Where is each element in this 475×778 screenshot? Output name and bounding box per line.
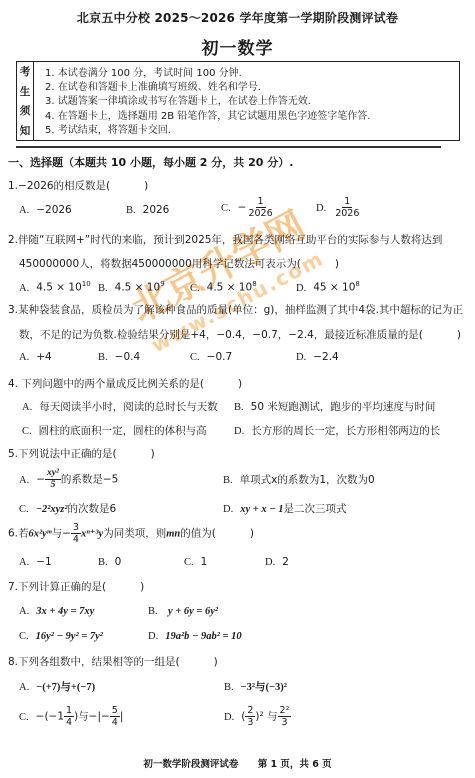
option-key: C. [221, 203, 231, 214]
question-7-stem: 7.下列计算正确的是() [8, 579, 144, 594]
option-key: D. [223, 504, 233, 515]
option-key: B. [98, 557, 108, 568]
question-number: 2. [8, 234, 18, 246]
exponent: 10 [82, 280, 91, 288]
subject-title: 初一数学 [0, 34, 475, 59]
question-2-option-a: A.4.5 × 1010 [19, 280, 91, 294]
question-number: 1. [8, 180, 18, 192]
option-text: −1 [36, 556, 51, 568]
numerator: 5 [110, 705, 120, 717]
question-3-stem-line2: 数，不足的记为负数.检验结果分别是+4，−0.4，−0.7，−2.4，最接近标准… [19, 327, 461, 342]
notice-label-char: 生 [20, 84, 31, 99]
question-8-option-b: B.−3²与(−3)² [224, 679, 287, 694]
math-expression: −3²与(−3)² [241, 682, 287, 693]
question-4-option-d: D.长方形的周长一定，长方形相邻两边的长 [234, 423, 440, 438]
question-text: −2026的相反数是( [18, 180, 110, 192]
divider [16, 146, 441, 148]
question-number: 5. [8, 448, 18, 460]
question-text: 为同类项，则 [103, 528, 166, 540]
option-text: 45 × 10 [313, 282, 355, 294]
notice-item: 5. 考试结束，将答题卡交回. [45, 124, 370, 138]
option-text: 0 [115, 556, 122, 568]
fraction: 54 [110, 705, 120, 728]
option-text: 单项式x的系数为1，次数为0 [240, 474, 375, 486]
option-text: 1 [201, 556, 208, 568]
exam-page: 北京五中分校 2025～2026 学年度第一学期阶段测评试卷 初一数学 考 生 … [0, 0, 475, 778]
footer-title: 初一数学阶段测评试卷 [143, 759, 238, 770]
question-5-option-c: C.−2²xyz²的次数是6 [19, 501, 116, 516]
option-key: A. [19, 475, 29, 486]
watermark: 北京升学网 www.schu.com [125, 190, 376, 399]
question-1-option-b: B.2026 [126, 204, 169, 216]
denominator: 5 [49, 480, 58, 491]
denominator: 4 [110, 717, 120, 728]
question-7-option-d: D.19a²b − 9ab² = 10 [148, 630, 242, 642]
question-5-option-d: D.xy + x − 1是二次三项式 [223, 501, 346, 516]
question-text: 下列计算正确的是( [18, 581, 106, 593]
exponent: 9 [160, 280, 164, 288]
question-4-option-b: B.50 米短跑测试，跑步的平均速度与时间 [234, 399, 435, 414]
question-number: 8. [8, 656, 18, 668]
option-key: D. [234, 426, 244, 437]
question-1-option-c: C.−12026 [221, 196, 275, 219]
exponent: 8 [355, 280, 359, 288]
notice-item: 2. 在试卷和答题卡上准确填写班级、姓名和学号. [45, 81, 370, 95]
fraction: 12026 [246, 196, 274, 219]
fraction: xy²5 [45, 468, 61, 491]
option-key: D. [148, 631, 158, 642]
option-text: 长方形的周长一定，长方形相邻两边的长 [251, 425, 440, 437]
option-key: C. [19, 504, 29, 515]
numerator: 2 [245, 705, 255, 717]
math-expression: | [120, 711, 124, 723]
math-expression: −(−1 [36, 711, 64, 723]
option-key: A. [19, 283, 29, 294]
question-7-option-c: C.16y² − 9y² = 7y² [19, 630, 103, 642]
question-6-option-a: A.−1 [19, 556, 52, 568]
notice-label-char: 须 [20, 103, 31, 118]
question-3-stem-line1: 3.某种袋装食品，质检员为了解该种食品的质量(单位：g)，抽样监测了其中4袋.其… [8, 302, 463, 317]
option-key: D. [265, 557, 275, 568]
question-3-option-b: B.−0.4 [98, 351, 140, 363]
question-7-option-b: B. y + 6y = 6y² [148, 605, 218, 617]
fraction: 23 [245, 705, 255, 728]
numerator: 1 [256, 196, 266, 208]
question-text: 450000000人，将数据450000000用科学记数法可表示为( [19, 258, 301, 270]
notice-item: 3. 试题答案一律填涂或书写在答题卡上，在试卷上作答无效. [45, 95, 370, 109]
question-8-option-c: C.−(−114)与−|−54| [19, 705, 123, 728]
math-expression: )² 与 [255, 711, 277, 723]
paren-close: ) [335, 258, 339, 270]
question-number: 7. [8, 581, 18, 593]
option-key: A. [19, 352, 29, 363]
question-number: 3. [8, 304, 18, 316]
question-4-option-a: A.每天阅读半小时，阅读的总时长与天数 [22, 399, 218, 414]
denominator: 3 [245, 717, 255, 728]
option-key: B. [224, 682, 234, 693]
minus-sign: − [238, 202, 247, 214]
option-key: C. [184, 557, 194, 568]
option-key: A. [19, 682, 29, 693]
option-key: B. [126, 205, 136, 216]
question-6-stem: 6.若6x²yᵐ与−34xⁿ⁺³y为同类项，则mn的值为() [8, 522, 254, 545]
option-text: 2026 [143, 204, 170, 216]
question-2-option-b: B.4.5 × 109 [98, 280, 165, 294]
question-8-option-a: A.−(+7)与+(−7) [19, 679, 95, 694]
option-key: C. [19, 631, 29, 642]
exam-title: 北京五中分校 2025～2026 学年度第一学期阶段测评试卷 [0, 9, 475, 26]
question-text: 下列问题中的两个量成反比例关系的是( [21, 378, 204, 390]
option-key: D. [296, 352, 306, 363]
question-3-option-a: A.+4 [19, 351, 52, 363]
page-number: 第 1 页，共 6 页 [258, 759, 332, 770]
math-expression: 3x + 4y = 7xy [36, 606, 94, 617]
option-key: B. [148, 606, 158, 617]
option-key: A. [19, 606, 29, 617]
option-key: C. [190, 283, 200, 294]
option-text: 的系数是−5 [61, 474, 118, 486]
option-key: D. [316, 203, 326, 214]
question-4-option-c: C.圆柱的底面积一定，圆柱的体积与高 [22, 423, 207, 438]
question-text: 与 [52, 528, 63, 540]
question-6-option-b: B.0 [98, 556, 121, 568]
denominator: 2026 [246, 208, 274, 219]
notice-list: 1. 本试卷满分 100 分，考试时间 100 分钟. 2. 在试卷和答题卡上准… [45, 67, 370, 138]
denominator: 2026 [333, 208, 361, 219]
question-1-stem: 1.−2026的相反数是() [8, 178, 148, 193]
option-key: B. [98, 283, 108, 294]
option-key: C. [190, 352, 200, 363]
question-number: 6. [8, 528, 18, 540]
minus-sign: − [36, 474, 45, 486]
option-key: B. [98, 352, 108, 363]
question-5-stem: 5.下列说法中正确的是() [8, 446, 155, 461]
math-expression: 6x²yᵐ [29, 529, 52, 540]
paren-close: ) [238, 378, 242, 390]
numerator: 1 [64, 705, 74, 717]
option-text: −0.7 [207, 351, 233, 363]
question-text: 下列各组数中，结果相等的一组是( [18, 656, 180, 668]
numerator: 3 [71, 522, 81, 534]
math-expression: xy + x − 1 [240, 504, 283, 515]
question-2-option-c: C.4.5 × 108 [190, 280, 257, 294]
option-key: C. [22, 426, 32, 437]
option-text: 4.5 × 10 [207, 282, 253, 294]
option-key: D. [224, 712, 234, 723]
paren-close: ) [140, 581, 144, 593]
math-expression: 19a²b − 9ab² = 10 [165, 631, 241, 642]
question-8-option-d: D.(23)² 与2²3 [224, 705, 291, 728]
question-1-option-d: D.12026 [316, 196, 361, 219]
option-text: 圆柱的底面积一定，圆柱的体积与高 [39, 425, 207, 437]
fraction: 14 [64, 705, 74, 728]
question-text: 数，不足的记为负数.检验结果分别是+4，−0.4，−0.7，−2.4，最接近标准… [19, 329, 423, 341]
question-number: 4. [8, 378, 18, 390]
question-3-option-c: C.−0.7 [190, 351, 232, 363]
option-key: A. [22, 402, 32, 413]
option-text: 的次数是6 [68, 503, 117, 515]
denominator: 3 [279, 717, 289, 728]
option-text: 50 米短跑测试，跑步的平均速度与时间 [251, 401, 436, 413]
section-heading: 一、选择题（本题共 10 小题，每小题 2 分，共 20 分）. [8, 154, 293, 170]
exam-notice-box: 考 生 须 知 1. 本试卷满分 100 分，考试时间 100 分钟. 2. 在… [16, 61, 460, 141]
notice-label-char: 考 [20, 64, 31, 79]
numerator: 2² [278, 705, 292, 717]
question-2-stem-line1: 2.伴随“互联网+”时代的来临，预计到2025年，我国各类网络互助平台的实际参与… [8, 232, 442, 247]
option-text: 4.5 × 10 [36, 282, 82, 294]
minus-sign: − [62, 528, 71, 540]
fraction: 34 [71, 522, 81, 545]
paren-close: ) [144, 180, 148, 192]
question-5-option-b: B.单项式x的系数为1，次数为0 [223, 472, 375, 487]
question-2-option-d: D.45 × 108 [296, 280, 360, 294]
question-text: 的值为( [180, 528, 216, 540]
option-text: −2.4 [313, 351, 339, 363]
option-key: C. [19, 712, 29, 723]
numerator: xy² [45, 468, 61, 480]
question-2-stem-line2: 450000000人，将数据450000000用科学记数法可表示为() [19, 256, 339, 271]
paren-close: ) [457, 329, 461, 341]
option-text: 每天阅读半小时，阅读的总时长与天数 [39, 401, 218, 413]
option-key: A. [19, 557, 29, 568]
denominator: 4 [71, 534, 81, 545]
notice-label: 考 生 须 知 [17, 62, 34, 140]
question-7-option-a: A.3x + 4y = 7xy [19, 605, 94, 617]
question-5-option-a: A.−xy²5的系数是−5 [19, 468, 118, 491]
question-text: 某种袋装食品，质检员为了解该种食品的质量(单位：g)，抽样监测了其中4袋.其中超… [18, 304, 463, 316]
paren-close: ) [151, 448, 155, 460]
question-6-option-d: D.2 [265, 556, 289, 568]
question-4-stem: 4. 下列问题中的两个量成反比例关系的是() [8, 376, 242, 391]
math-expression: −(+7)与+(−7) [36, 682, 95, 693]
math-expression: mn [166, 529, 180, 540]
option-key: B. [234, 402, 244, 413]
option-key: B. [223, 475, 233, 486]
math-expression: )与−|− [74, 711, 110, 723]
paren-close: ) [250, 528, 254, 540]
notice-item: 1. 本试卷满分 100 分，考试时间 100 分钟. [45, 67, 370, 81]
option-key: D. [296, 283, 306, 294]
option-key: A. [19, 205, 29, 216]
notice-label-char: 知 [20, 123, 31, 138]
option-text: +4 [36, 351, 51, 363]
question-text: 下列说法中正确的是( [18, 448, 117, 460]
fraction: 2²3 [278, 705, 292, 728]
option-text: −2026 [36, 204, 72, 216]
math-expression: y + 6y = 6y² [168, 606, 218, 617]
math-expression: xⁿ⁺³y [81, 529, 103, 540]
notice-item: 4. 在答题卡上，选择题用 2B 铅笔作答，其它试题用黑色字迹签字笔作答. [45, 110, 370, 124]
exponent: 8 [252, 280, 256, 288]
page-footer: 初一数学阶段测评试卷 第 1 页，共 6 页 [0, 756, 475, 770]
paren-close: ) [214, 656, 218, 668]
option-text: 是二次三项式 [283, 503, 346, 515]
question-8-stem: 8.下列各组数中，结果相等的一组是() [8, 654, 218, 669]
question-text: 若 [18, 528, 29, 540]
question-3-option-d: D.−2.4 [296, 351, 339, 363]
numerator: 1 [342, 196, 352, 208]
denominator: 4 [64, 717, 74, 728]
fraction: 12026 [333, 196, 361, 219]
math-expression: −2²xyz² [36, 504, 68, 515]
math-expression: 16y² − 9y² = 7y² [36, 631, 103, 642]
option-text: 2 [282, 556, 289, 568]
question-6-option-c: C.1 [184, 556, 207, 568]
question-text: 伴随“互联网+”时代的来临，预计到2025年，我国各类网络互助平台的实际参与人数… [18, 234, 442, 246]
question-1-option-a: A.−2026 [19, 204, 72, 216]
option-text: 4.5 × 10 [115, 282, 161, 294]
option-text: −0.4 [115, 351, 141, 363]
